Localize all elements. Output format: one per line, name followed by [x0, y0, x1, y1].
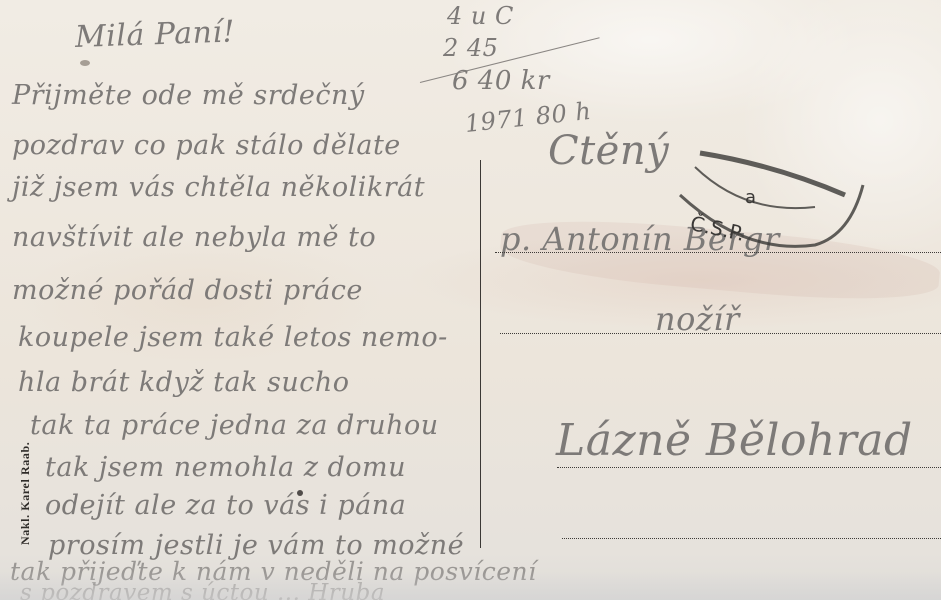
postmark-stamp: a Č.S.P.: [665, 145, 875, 255]
sender-note: Ctěný: [548, 128, 669, 174]
margin-note: 2 45: [443, 34, 498, 62]
recipient-town: Lázně Bělohrad: [556, 415, 913, 466]
publisher-imprint: Nakl. Karel Raab.: [18, 442, 33, 545]
message-line: tak ta práce jedna za druhou: [30, 410, 439, 441]
message-line: možné pořád dosti práce: [12, 275, 363, 306]
message-line: již jsem vás chtěla několikrát: [12, 172, 425, 203]
postmark-icon: a Č.S.P.: [665, 145, 875, 255]
postcard-back: Milá Paní! Přijměte ode mě srdečný pozdr…: [0, 0, 941, 600]
message-line: pozdrav co pak stálo dělate: [12, 130, 401, 161]
salutation: Milá Paní!: [74, 14, 235, 55]
address-line: [557, 467, 941, 468]
scan-edge: [0, 572, 941, 600]
svg-text:a: a: [745, 187, 756, 208]
message-line: Přijměte ode mě srdečný: [12, 80, 365, 111]
svg-text:Č.S.P.: Č.S.P.: [688, 211, 746, 246]
margin-note: 4 u C: [447, 2, 514, 30]
message-line: navštívit ale nebyla mě to: [12, 222, 376, 253]
message-line: odejít ale za to vás i pána: [45, 490, 406, 521]
message-line: tak jsem nemohla z domu: [45, 452, 406, 483]
paper-stain: [80, 60, 90, 66]
margin-note: 6 40 kr: [452, 66, 550, 96]
address-line: [562, 538, 941, 539]
address-line: [500, 333, 941, 334]
message-line: koupele jsem také letos nemo-: [18, 322, 448, 353]
vertical-divider: [480, 160, 481, 548]
message-line: hla brát když tak sucho: [18, 367, 350, 398]
